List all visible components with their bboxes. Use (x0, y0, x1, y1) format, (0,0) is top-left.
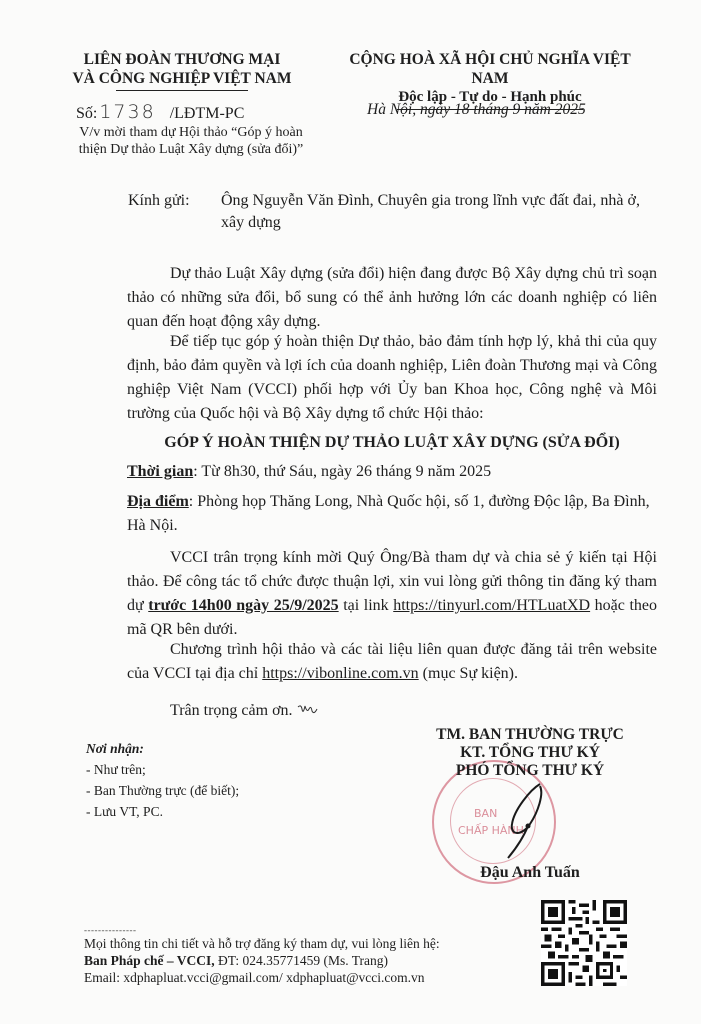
signature-line-1: TM. BAN THƯỜNG TRỰC (400, 726, 660, 744)
paragraph-2: Để tiếp tục góp ý hoàn thiện Dự thảo, bả… (127, 330, 657, 426)
signature-line-2: KT. TỔNG THƯ KÝ (400, 744, 660, 762)
document-subject: V/v mời tham dự Hội thảo “Góp ý hoàn thi… (66, 124, 316, 158)
website-link[interactable]: https://vibonline.com.vn (262, 665, 418, 682)
recipient-item: - Như trên; (86, 759, 239, 780)
paragraph-4: Chương trình hội thảo và các tài liệu li… (127, 638, 657, 686)
recipient-item: - Ban Thường trực (để biết); (86, 780, 239, 801)
contact-line-2: Ban Pháp chế – VCCI, ĐT: 024.35771459 (M… (84, 952, 440, 969)
paragraph-4-text-2: (mục Sự kiện). (419, 665, 518, 682)
addressee: Kính gửi: Ông Nguyễn Văn Đình, Chuyên gi… (128, 190, 658, 234)
doc-number-suffix: /LĐTM-PC (170, 105, 245, 122)
initials-icon (297, 703, 319, 717)
event-place-label: Địa điểm (127, 493, 189, 510)
stamp-text-1: BAN (474, 807, 497, 820)
contact-info: Mọi thông tin chi tiết và hỗ trợ đăng ký… (84, 935, 440, 986)
contact-phone: ĐT: 024.35771459 (Ms. Trang) (215, 953, 388, 968)
recipient-item: - Lưu VT, PC. (86, 801, 239, 822)
org-line-1: LIÊN ĐOÀN THƯƠNG MẠI (62, 50, 302, 69)
recipients-title: Nơi nhận: (86, 738, 239, 759)
contact-line-1: Mọi thông tin chi tiết và hỗ trợ đăng ký… (84, 935, 440, 952)
issuing-organization: LIÊN ĐOÀN THƯƠNG MẠI VÀ CÔNG NGHIỆP VIỆT… (62, 50, 302, 91)
contact-email: Email: xdphapluat.vcci@gmail.com/ xdphap… (84, 969, 440, 986)
handwritten-signature-icon (500, 780, 560, 860)
footer-separator: --------------- (84, 925, 136, 935)
event-time-label: Thời gian (127, 463, 193, 480)
closing-thanks: Trân trọng cảm ơn. (127, 702, 319, 720)
recipients-list: Nơi nhận: - Như trên; - Ban Thường trực … (86, 738, 239, 822)
doc-number-label: Số: (76, 105, 97, 122)
contact-department: Ban Pháp chế – VCCI, (84, 953, 215, 968)
org-line-2: VÀ CÔNG NGHIỆP VIỆT NAM (62, 69, 302, 88)
event-place-value: : Phòng họp Thăng Long, Nhà Quốc hội, số… (127, 493, 650, 534)
registration-deadline: trước 14h00 ngày 25/9/2025 (148, 597, 338, 614)
addressee-label: Kính gửi: (128, 190, 221, 234)
nation-name: CỘNG HOÀ XÃ HỘI CHỦ NGHĨA VIỆT NAM (330, 50, 650, 88)
signature-title: TM. BAN THƯỜNG TRỰC KT. TỔNG THƯ KÝ PHÓ … (400, 726, 660, 780)
event-time-value: : Từ 8h30, thứ Sáu, ngày 26 tháng 9 năm … (193, 463, 491, 480)
doc-number-value: 1738 (99, 101, 155, 123)
qr-code-icon[interactable] (541, 900, 627, 986)
event-time: Thời gian: Từ 8h30, thứ Sáu, ngày 26 thá… (127, 463, 657, 481)
event-title: GÓP Ý HOÀN THIỆN DỰ THẢO LUẬT XÂY DỰNG (… (127, 434, 657, 452)
signature-line-3: PHÓ TỔNG THƯ KÝ (400, 762, 660, 780)
paragraph-1: Dự thảo Luật Xây dựng (sửa đổi) hiện đan… (127, 262, 657, 334)
signer-name: Đậu Anh Tuấn (400, 864, 660, 882)
document-number: Số:1738/LĐTM-PC (76, 101, 244, 123)
registration-link[interactable]: https://tinyurl.com/HTLuatXD (393, 597, 590, 614)
paragraph-3: VCCI trân trọng kính mời Quý Ông/Bà tham… (127, 546, 657, 642)
date-line: Hà Nội, ngày 18 tháng 9 năm 2025 (367, 101, 586, 119)
paragraph-3-text-2: tại link (339, 597, 394, 614)
closing-thanks-text: Trân trọng cảm ơn. (170, 702, 293, 719)
addressee-value: Ông Nguyễn Văn Đình, Chuyên gia trong lĩ… (221, 190, 658, 234)
event-place: Địa điểm: Phòng họp Thăng Long, Nhà Quốc… (127, 490, 657, 538)
org-underline (116, 90, 248, 91)
